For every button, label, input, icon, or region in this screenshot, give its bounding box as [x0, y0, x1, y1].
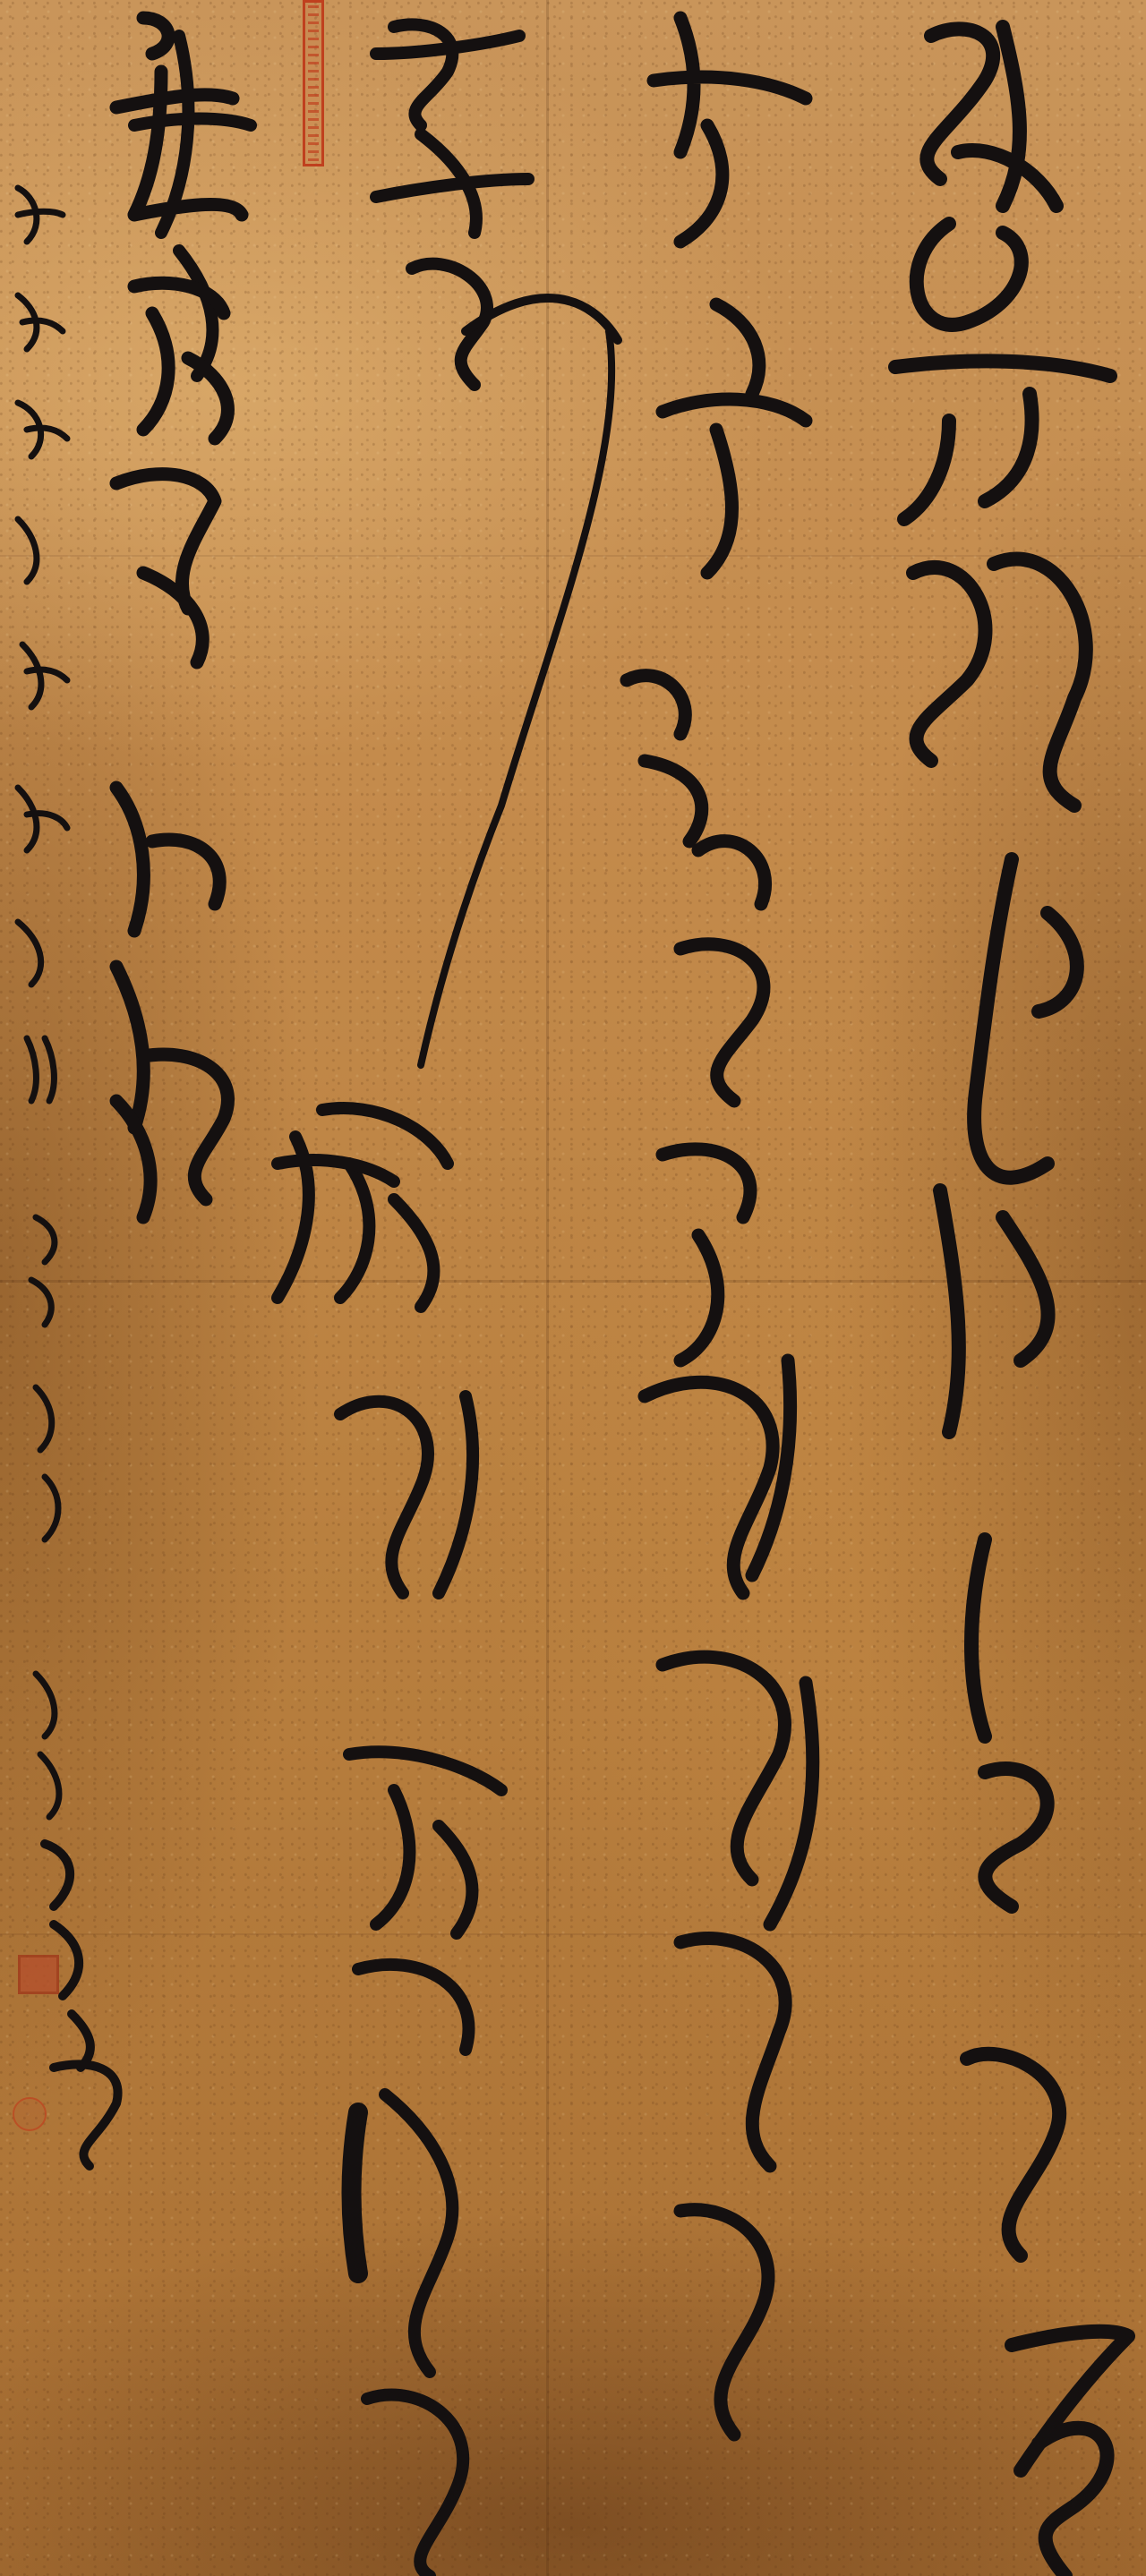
column-1 [895, 27, 1128, 2576]
calligraphy-scroll [0, 0, 1146, 2576]
inscription-column [18, 188, 118, 2166]
column-3 [322, 24, 618, 2576]
column-2 [627, 18, 813, 2435]
calligraphy-ink-strokes [0, 0, 1146, 2576]
